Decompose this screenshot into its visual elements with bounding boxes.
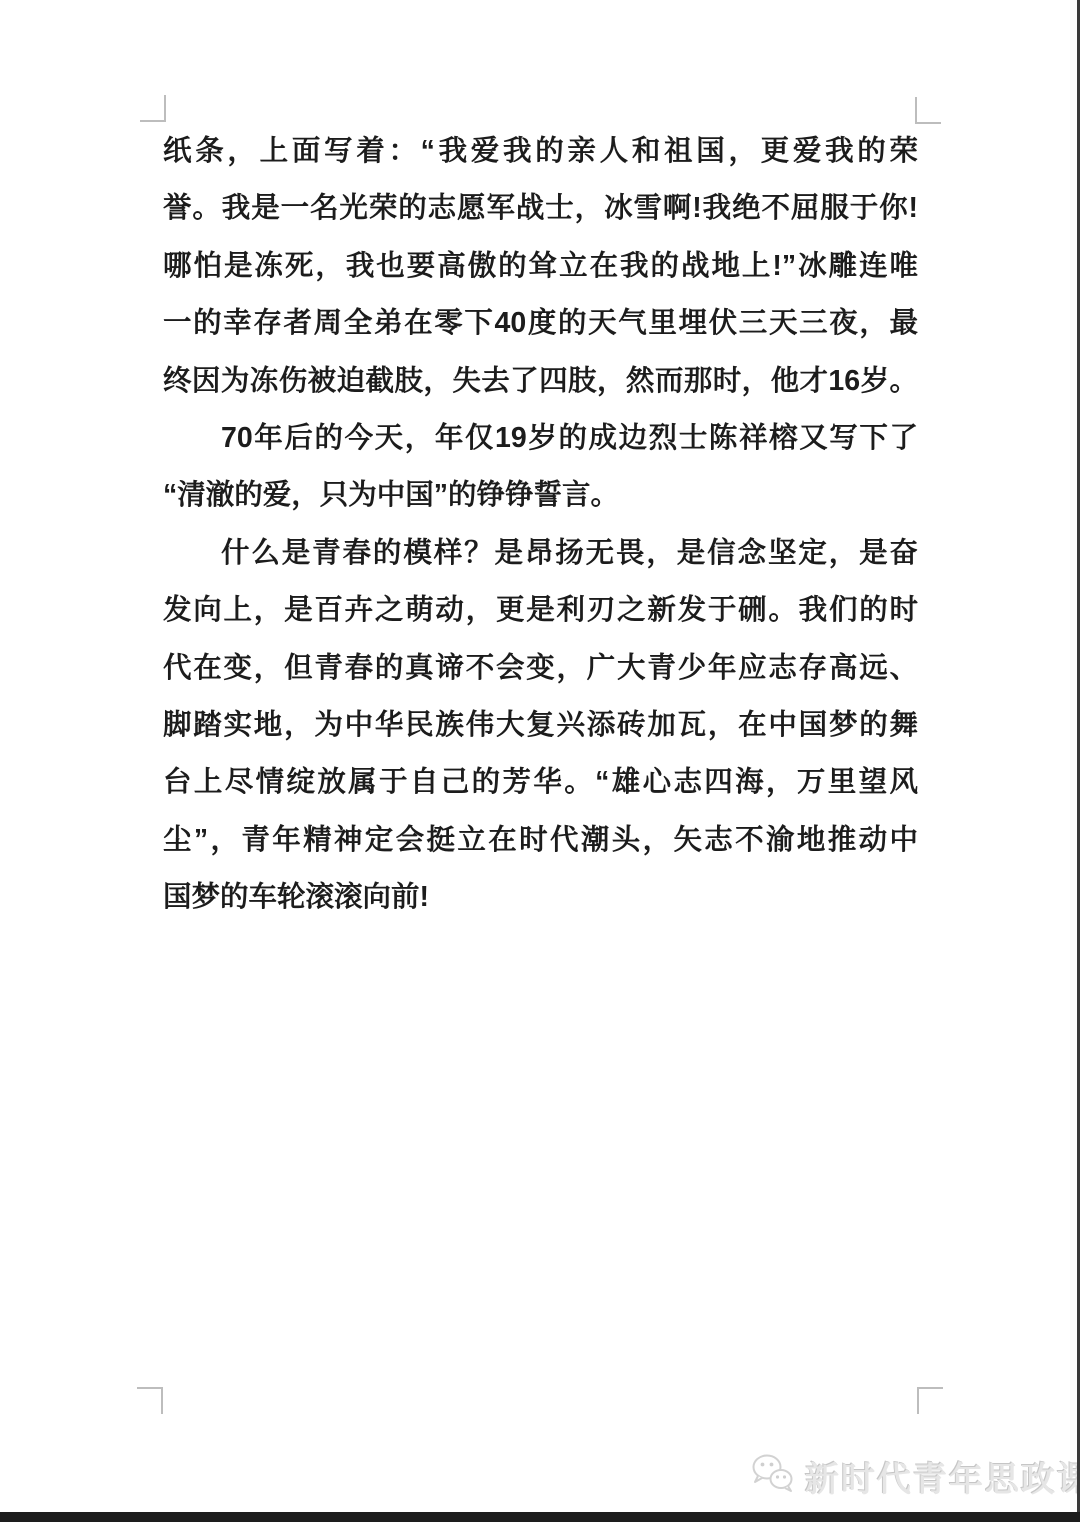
text-line: 终因为冻伤被迫截肢，失去了四肢，然而那时，他才16岁。 <box>163 353 918 410</box>
text-line: 发向上，是百卉之萌动，更是利刃之新发于硎。我们的时 <box>163 582 918 639</box>
text-line: 誉。我是一名光荣的志愿军战士，冰雪啊!我绝不屈服于你! <box>163 180 918 237</box>
text-block: 纸条，上面写着：“我爱我的亲人和祖国，更爱我的荣誉。我是一名光荣的志愿军战士，冰… <box>163 123 918 926</box>
text-line: 尘”，青年精神定会挺立在时代潮头，矢志不渝地推动中 <box>163 812 918 869</box>
text-line: 一的幸存者周全弟在零下40度的天气里埋伏三天三夜，最 <box>163 295 918 352</box>
watermark-text: 新时代青年思政课堂 <box>805 1452 1080 1501</box>
text-line: 台上尽情绽放属于自己的芳华。“雄心志四海，万里望风 <box>163 754 918 811</box>
text-line: 哪怕是冻死，我也要高傲的耸立在我的战地上!”冰雕连唯 <box>163 238 918 295</box>
screenshot-bottom-bar <box>0 1512 1080 1522</box>
margin-corner-mark-bottom-right <box>917 1387 943 1414</box>
text-line: 70年后的今天，年仅19岁的成边烈士陈祥榕又写下了 <box>163 410 918 467</box>
text-line: “清澈的爱，只为中国”的铮铮誓言。 <box>163 467 918 524</box>
margin-corner-mark-bottom-left <box>137 1387 163 1414</box>
watermark: 新时代青年思政课堂 <box>748 1448 1080 1504</box>
margin-corner-mark-top-left <box>140 95 166 122</box>
text-line: 代在变，但青春的真谛不会变，广大青少年应志存高远、 <box>163 640 918 697</box>
text-line: 什么是青春的模样？是昂扬无畏，是信念坚定，是奋 <box>163 525 918 582</box>
text-line: 国梦的车轮滚滚向前! <box>163 869 918 926</box>
text-line: 脚踏实地，为中华民族伟大复兴添砖加瓦，在中国梦的舞 <box>163 697 918 754</box>
text-line: 纸条，上面写着：“我爱我的亲人和祖国，更爱我的荣 <box>163 123 918 180</box>
margin-corner-mark-top-right <box>915 97 941 124</box>
wechat-icon <box>748 1449 798 1504</box>
